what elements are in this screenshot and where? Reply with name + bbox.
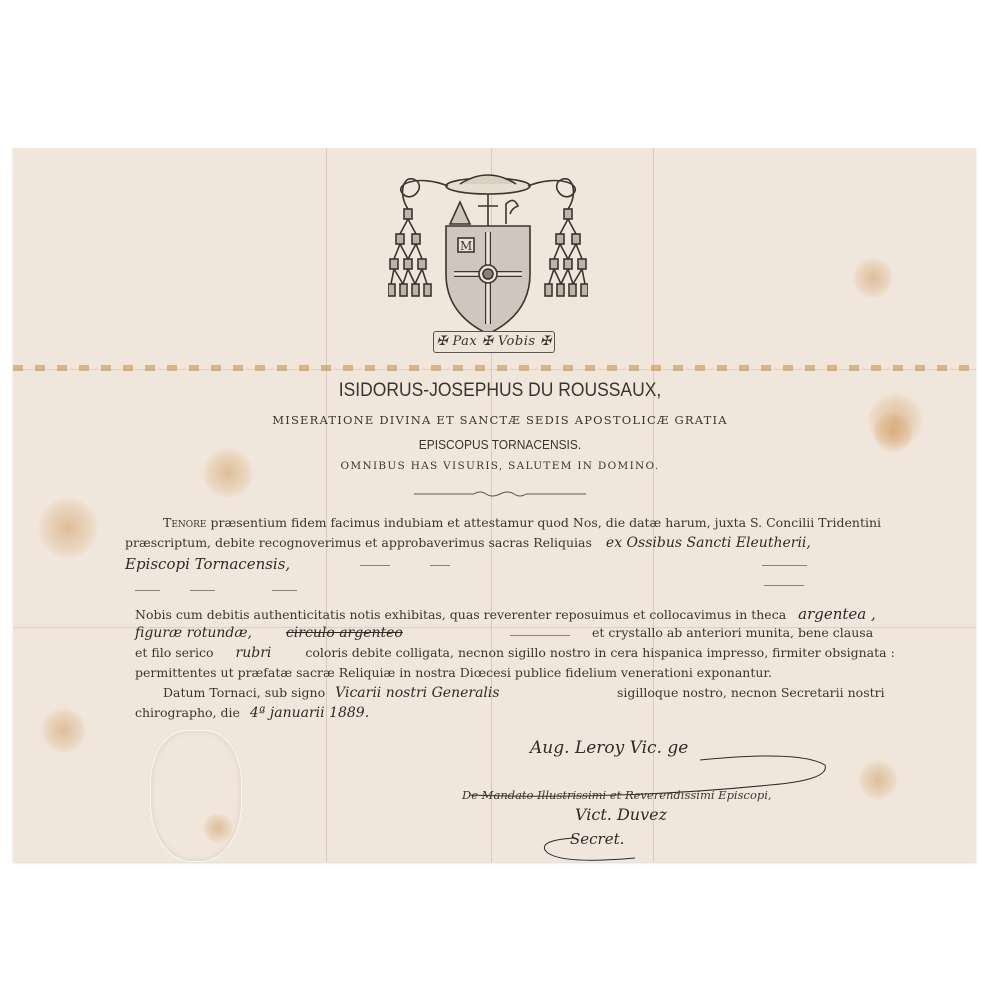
heading-bishop-title: EPISCOPUS TORNACENSIS. <box>40 437 960 452</box>
handwritten-relic-origin: ex Ossibus Sancti Eleutherii, <box>606 535 811 551</box>
body-lead-word: Tenore <box>163 515 207 530</box>
svg-text:M: M <box>460 239 472 253</box>
body-paragraph-2-line-1: Nobis cum debitis authenticitatis notis … <box>135 605 876 623</box>
handwritten-reliquary-material: argentea , <box>798 605 876 623</box>
blank-line <box>762 565 807 566</box>
body-text: coloris debite colligata, necnon sigillo… <box>305 645 894 660</box>
body-paragraph-3-line-1: Datum Tornaci, sub signo Vicarii nostri … <box>163 685 500 701</box>
body-paragraph-3-line-1b: sigilloque nostro, necnon Secretarii nos… <box>617 685 885 700</box>
blank-line <box>430 565 450 566</box>
handwritten-signatory: Vicarii nostri Generalis <box>335 685 499 701</box>
body-paragraph-2-line-2b: et crystallo ab anteriori munita, bene c… <box>592 625 873 640</box>
body-text: Nobis cum debitis authenticitatis notis … <box>135 607 786 622</box>
vicar-general-signature: Aug. Leroy Vic. ge <box>530 738 688 758</box>
blank-line <box>135 590 160 591</box>
foxing-stain <box>853 258 893 298</box>
handwritten-thread-color: rubri <box>236 645 272 661</box>
body-text: præsentium fidem facimus indubiam et att… <box>211 515 882 530</box>
body-text: et crystallo ab anteriori munita, bene c… <box>592 625 873 640</box>
fold-line-vertical-left <box>326 148 327 862</box>
mandate-line: De Mandato Illustrissimi et Reverendissi… <box>462 788 772 802</box>
heading-greeting: OMNIBUS HAS VISURIS, SALUTEM IN DOMINO. <box>0 460 1000 472</box>
foxing-stain <box>41 708 86 753</box>
handwritten-struck-text: circulo argenteo <box>286 625 403 641</box>
body-paragraph-1-line-2: præscriptum, debite recognoverimus et ap… <box>125 535 811 551</box>
blank-line <box>272 590 297 591</box>
body-text: sigilloque nostro, necnon Secretarii nos… <box>617 685 885 700</box>
blank-line <box>510 635 570 636</box>
blank-line <box>360 565 390 566</box>
handwritten-relic-origin-cont: Episcopi Tornacensis, <box>125 555 290 573</box>
body-paragraph-1-line-1: Tenore præsentium fidem facimus indubiam… <box>163 515 881 530</box>
body-paragraph-1-line-3: Episcopi Tornacensis, <box>125 555 290 573</box>
blank-line <box>190 590 215 591</box>
handwritten-reliquary-shape: figuræ rotundæ, <box>135 625 252 641</box>
handwritten-date: 4ª januarii 1889. <box>250 705 369 721</box>
crest-motto-scroll: ✠ Pax ✠ Vobis ✠ <box>433 331 555 353</box>
body-text: præscriptum, debite recognoverimus et ap… <box>125 535 592 550</box>
bishop-name-heading: ISIDORUS-JOSEPHUS DU ROUSSAUX, <box>40 380 960 402</box>
foxing-stain <box>203 448 253 498</box>
secretary-title: Secret. <box>570 830 624 848</box>
foxing-fold-stain <box>13 365 976 371</box>
body-text: Datum Tornaci, sub signo <box>163 685 325 700</box>
ornamental-divider-icon <box>414 490 586 498</box>
body-text: et filo serico <box>135 645 214 660</box>
body-text: permittentes ut præfatæ sacræ Reliquiæ i… <box>135 665 772 680</box>
body-paragraph-3-line-2: chirographo, die 4ª januarii 1889. <box>135 705 369 721</box>
heading-divine-grace-line: MISERATIONE DIVINA ET SANCTÆ SEDIS APOST… <box>0 413 1000 427</box>
body-paragraph-2-line-2: figuræ rotundæ, circulo argenteo <box>135 625 403 641</box>
body-paragraph-2-line-3: et filo serico rubri coloris debite coll… <box>135 645 895 661</box>
body-text: chirographo, die <box>135 705 240 720</box>
blank-line <box>764 585 804 586</box>
body-paragraph-2-line-4: permittentes ut præfatæ sacræ Reliquiæ i… <box>135 665 772 680</box>
foxing-stain <box>858 760 898 800</box>
embossed-seal <box>150 730 242 862</box>
foxing-stain <box>38 498 98 558</box>
